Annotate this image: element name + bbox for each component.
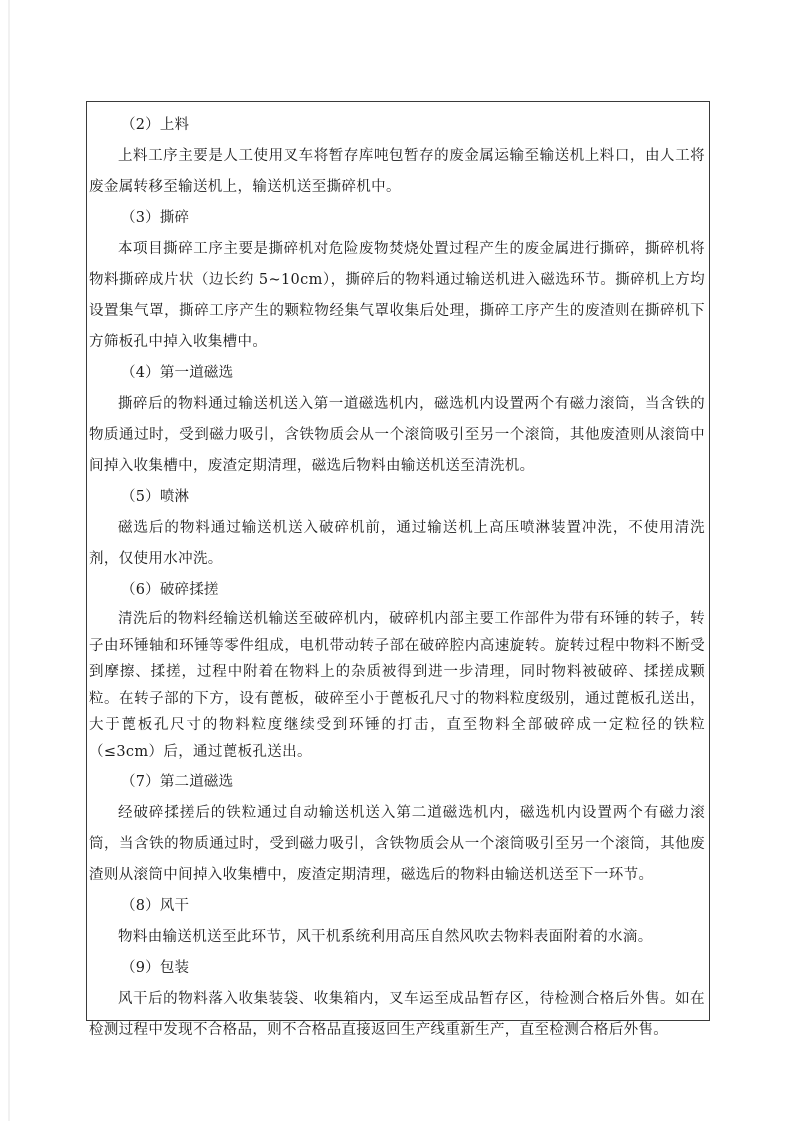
section-heading-shredding: （3）撕碎 xyxy=(87,203,709,234)
section-heading-spraying: （5）喷淋 xyxy=(87,482,709,513)
document-frame: （2）上料 上料工序主要是人工使用叉车将暂存库吨包暂存的废金属运输至输送机上料口… xyxy=(86,101,710,1021)
section-paragraph-loading: 上料工序主要是人工使用叉车将暂存库吨包暂存的废金属运输至输送机上料口，由人工将废… xyxy=(87,141,709,203)
section-paragraph-shredding: 本项目撕碎工序主要是撕碎机对危险废物焚烧处置过程产生的废金属进行撕碎，撕碎机将物… xyxy=(87,234,709,358)
document-content: （2）上料 上料工序主要是人工使用叉车将暂存库吨包暂存的废金属运输至输送机上料口… xyxy=(87,110,709,1046)
section-paragraph-spraying: 磁选后的物料通过输送机送入破碎机前，通过输送机上高压喷淋装置冲洗，不使用清洗剂，… xyxy=(87,513,709,575)
section-heading-crushing: （6）破碎揉搓 xyxy=(87,575,709,606)
section-heading-second-magnetic-separation: （7）第二道磁选 xyxy=(87,767,709,798)
section-paragraph-air-drying: 物料由输送机送至此环节，风干机系统利用高压自然风吹去物料表面附着的水滴。 xyxy=(87,922,709,953)
section-heading-loading: （2）上料 xyxy=(87,110,709,141)
section-heading-air-drying: （8）风干 xyxy=(87,891,709,922)
scan-edge xyxy=(8,0,10,1121)
section-paragraph-first-magnetic-separation: 撕碎后的物料通过输送机送入第一道磁选机内，磁选机内设置两个有磁力滚筒，当含铁的物… xyxy=(87,389,709,482)
section-paragraph-crushing: 清洗后的物料经输送机输送至破碎机内，破碎机内部主要工作部件为带有环锤的转子，转子… xyxy=(87,606,709,765)
section-paragraph-second-magnetic-separation: 经破碎揉搓后的铁粒通过自动输送机送入第二道磁选机内，磁选机内设置两个有磁力滚筒，… xyxy=(87,798,709,891)
section-heading-packaging: （9）包装 xyxy=(87,953,709,984)
section-paragraph-packaging: 风干后的物料落入收集装袋、收集箱内，叉车运至成品暂存区，待检测合格后外售。如在检… xyxy=(87,984,709,1046)
section-heading-first-magnetic-separation: （4）第一道磁选 xyxy=(87,358,709,389)
